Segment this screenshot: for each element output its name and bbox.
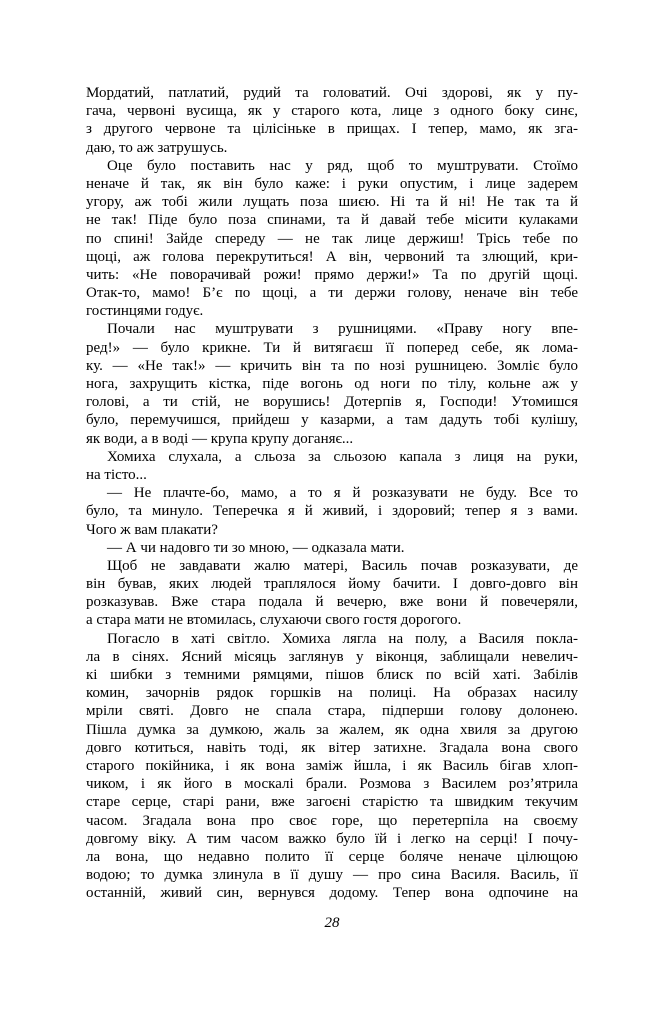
text-line: комин, зачорнів рядок горшків на полиці.… <box>86 684 578 702</box>
paragraph: Хомиха слухала, а сльоза за сльозою капа… <box>86 448 578 484</box>
text-line: Мордатий, патлатий, рудий та головатий. … <box>86 84 578 102</box>
text-line: Отак-то, мамо! Б’є по щоці, а ти держи г… <box>86 284 578 302</box>
paragraph: Мордатий, патлатий, рудий та головатий. … <box>86 84 578 157</box>
text-line: угору, аж тобі жили лущать поза шиєю. Ні… <box>86 193 578 211</box>
text-line: а стара мати не втомилась, слухаючи свог… <box>86 611 578 629</box>
paragraph: Щоб не завдавати жалю матері, Василь поч… <box>86 557 578 630</box>
text-line: — Не плачте-бо, мамо, а то я й розказува… <box>86 484 578 502</box>
text-line: Почали нас муштрувати з рушницями. «Прав… <box>86 320 578 338</box>
book-page: Мордатий, патлатий, рудий та головатий. … <box>0 0 658 1024</box>
paragraph: Оце було поставить нас у ряд, щоб то муш… <box>86 157 578 321</box>
text-line: чиком, і як його в москалі брали. Розмов… <box>86 775 578 793</box>
text-line: Щоб не завдавати жалю матері, Василь поч… <box>86 557 578 575</box>
text-line: на тісто... <box>86 466 578 484</box>
paragraph: — А чи надовго ти зо мною, — одказала ма… <box>86 539 578 557</box>
text-line: ку. — «Не так!» — кричить він та по нозі… <box>86 357 578 375</box>
text-line: мріли святі. Довго не спала стара, підпе… <box>86 702 578 720</box>
text-line: кі шибки з темними рямцями, пішов блиск … <box>86 666 578 684</box>
text-line: Хомиха слухала, а сльоза за сльозою капа… <box>86 448 578 466</box>
text-line: було, та минуло. Теперечка я й живий, і … <box>86 502 578 520</box>
text-block: Мордатий, патлатий, рудий та головатий. … <box>86 84 578 902</box>
text-line: він бував, яких людей траплялося йому ба… <box>86 575 578 593</box>
text-line: Пішла думка за думкою, жаль за жалем, як… <box>86 721 578 739</box>
paragraph: Погасло в хаті світло. Хомиха лягла на п… <box>86 630 578 903</box>
text-line: довго котиться, навіть тоді, як вітер за… <box>86 739 578 757</box>
text-line: як води, а в воді — крупа крупу доганяє.… <box>86 430 578 448</box>
text-line: не так! Піде було поза спинами, та й дав… <box>86 211 578 229</box>
text-line: Оце було поставить нас у ряд, щоб то муш… <box>86 157 578 175</box>
text-line: ла в сінях. Ясний місяць заглянув у віко… <box>86 648 578 666</box>
text-line: часом. Згадала вона про своє горе, що пе… <box>86 812 578 830</box>
text-line: щоці, аж голова перекрутиться! А він, че… <box>86 248 578 266</box>
text-line: Чого ж вам плакати? <box>86 521 578 539</box>
text-line: неначе й так, як він було каже: і руки о… <box>86 175 578 193</box>
text-line: ред!» — було крикне. Ти й витягаєш її по… <box>86 339 578 357</box>
text-line: довгому віку. А тим часом важко було їй … <box>86 830 578 848</box>
text-line: гостинцями годує. <box>86 302 578 320</box>
text-line: ла вона, що недавно полито її серце боля… <box>86 848 578 866</box>
page-number: 28 <box>86 915 578 932</box>
paragraph: — Не плачте-бо, мамо, а то я й розказува… <box>86 484 578 539</box>
text-line: гача, червоні вусища, як у старого кота,… <box>86 102 578 120</box>
paragraph: Почали нас муштрувати з рушницями. «Прав… <box>86 320 578 447</box>
text-line: з другого червоне та цілісіньке в прищах… <box>86 120 578 138</box>
text-line: водою; то думка злинула в її душу — про … <box>86 866 578 884</box>
text-line: Погасло в хаті світло. Хомиха лягла на п… <box>86 630 578 648</box>
text-line: було, перемучишся, прийдеш у казарми, а … <box>86 411 578 429</box>
text-line: чить: «Не поворачивай рожи! прямо держи!… <box>86 266 578 284</box>
text-line: старе серце, старі рани, вже загоєні ста… <box>86 793 578 811</box>
text-line: даю, то аж затрушусь. <box>86 139 578 157</box>
text-line: розказував. Вже стара подала й вечерю, в… <box>86 593 578 611</box>
text-line: по спині! Зайде спереду — не так лице де… <box>86 230 578 248</box>
text-line: старого покійника, і як вона заміж йшла,… <box>86 757 578 775</box>
text-line: нога, захрущить кістка, піде вогонь од н… <box>86 375 578 393</box>
text-line: останній, живий син, вернувся додому. Те… <box>86 884 578 902</box>
text-line: — А чи надовго ти зо мною, — одказала ма… <box>86 539 578 557</box>
text-line: голові, а ти стій, не ворушись! Дотерпів… <box>86 393 578 411</box>
